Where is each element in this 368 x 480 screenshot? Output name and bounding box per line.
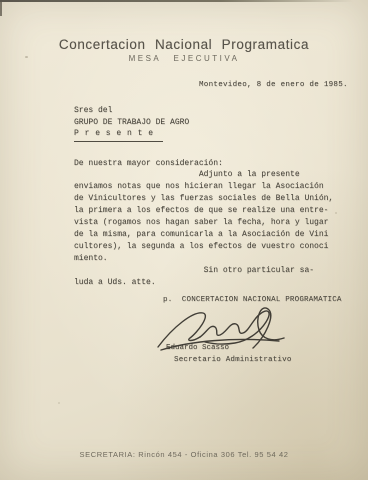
recipient-line: GRUPO DE TRABAJO DE AGRO <box>74 117 189 129</box>
salutation: De nuestra mayor consideración: <box>74 159 223 168</box>
signer-name: Eduardo Scasso <box>166 344 229 352</box>
scan-edge-artifact <box>0 2 2 16</box>
recipient-line: Sres del <box>74 105 189 117</box>
scan-speck <box>58 402 60 404</box>
recipient-block: Sres del GRUPO DE TRABAJO DE AGRO P r e … <box>74 105 189 142</box>
letter-body: Adjunto a la presente enviamos notas que… <box>74 169 333 289</box>
letterhead-subtitle: MESA EJECUTIVA <box>0 54 368 63</box>
dateline: Montevideo, 8 de enero de 1985. <box>199 81 348 89</box>
signer-title: Secretario Administrativo <box>174 356 292 364</box>
recipient-presente-underlined: P r e s e n t e <box>74 128 163 142</box>
letterhead-org-name: Concertacion Nacional Programatica <box>0 37 368 52</box>
scan-edge-artifact <box>0 0 368 2</box>
scan-speck <box>335 212 337 214</box>
scanned-letter-page: Concertacion Nacional Programatica MESA … <box>0 0 368 480</box>
footer-address: SECRETARIA: Rincón 454 - Oficina 306 Tel… <box>0 450 368 459</box>
